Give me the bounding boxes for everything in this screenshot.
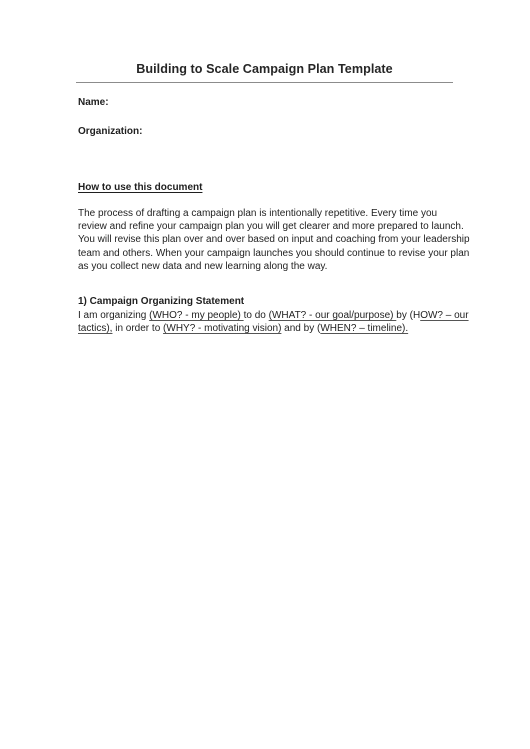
why-blank: (WHY? - motivating vision) xyxy=(163,323,281,334)
how-blank: OW? – our xyxy=(420,310,468,321)
how-to-paragraph: The process of drafting a campaign plan … xyxy=(78,207,458,273)
document-title: Building to Scale Campaign Plan Template xyxy=(76,62,453,76)
paragraph-line: as you collect new data and new learning… xyxy=(78,260,458,273)
statement-text: by (H xyxy=(396,310,420,321)
organization-field-label: Organization: xyxy=(78,126,142,137)
how-blank-continued: tactics), xyxy=(78,323,112,334)
section-1-heading: 1) Campaign Organizing Statement xyxy=(78,296,244,307)
paragraph-line: The process of drafting a campaign plan … xyxy=(78,207,458,220)
when-blank: WHEN? – timeline). xyxy=(320,323,408,334)
title-divider xyxy=(76,82,453,83)
statement-text: I am organizing xyxy=(78,310,149,321)
organizing-statement: I am organizing (WHO? - my people) to do… xyxy=(78,309,468,335)
statement-line-2: tactics), in order to (WHY? - motivating… xyxy=(78,322,468,335)
paragraph-line: review and refine your campaign plan you… xyxy=(78,220,458,233)
how-to-heading: How to use this document xyxy=(78,182,202,193)
statement-line-1: I am organizing (WHO? - my people) to do… xyxy=(78,309,468,322)
who-blank: (WHO? - my people) xyxy=(149,310,243,321)
name-field-label: Name: xyxy=(78,97,109,108)
statement-text: to do xyxy=(244,310,269,321)
document-page: Building to Scale Campaign Plan Template… xyxy=(0,0,530,749)
paragraph-line: team and others. When your campaign laun… xyxy=(78,247,458,260)
what-blank: (WHAT? - our goal/purpose) xyxy=(269,310,397,321)
statement-text: and by ( xyxy=(281,323,320,334)
statement-text: in order to xyxy=(112,323,163,334)
paragraph-line: You will revise this plan over and over … xyxy=(78,233,458,246)
